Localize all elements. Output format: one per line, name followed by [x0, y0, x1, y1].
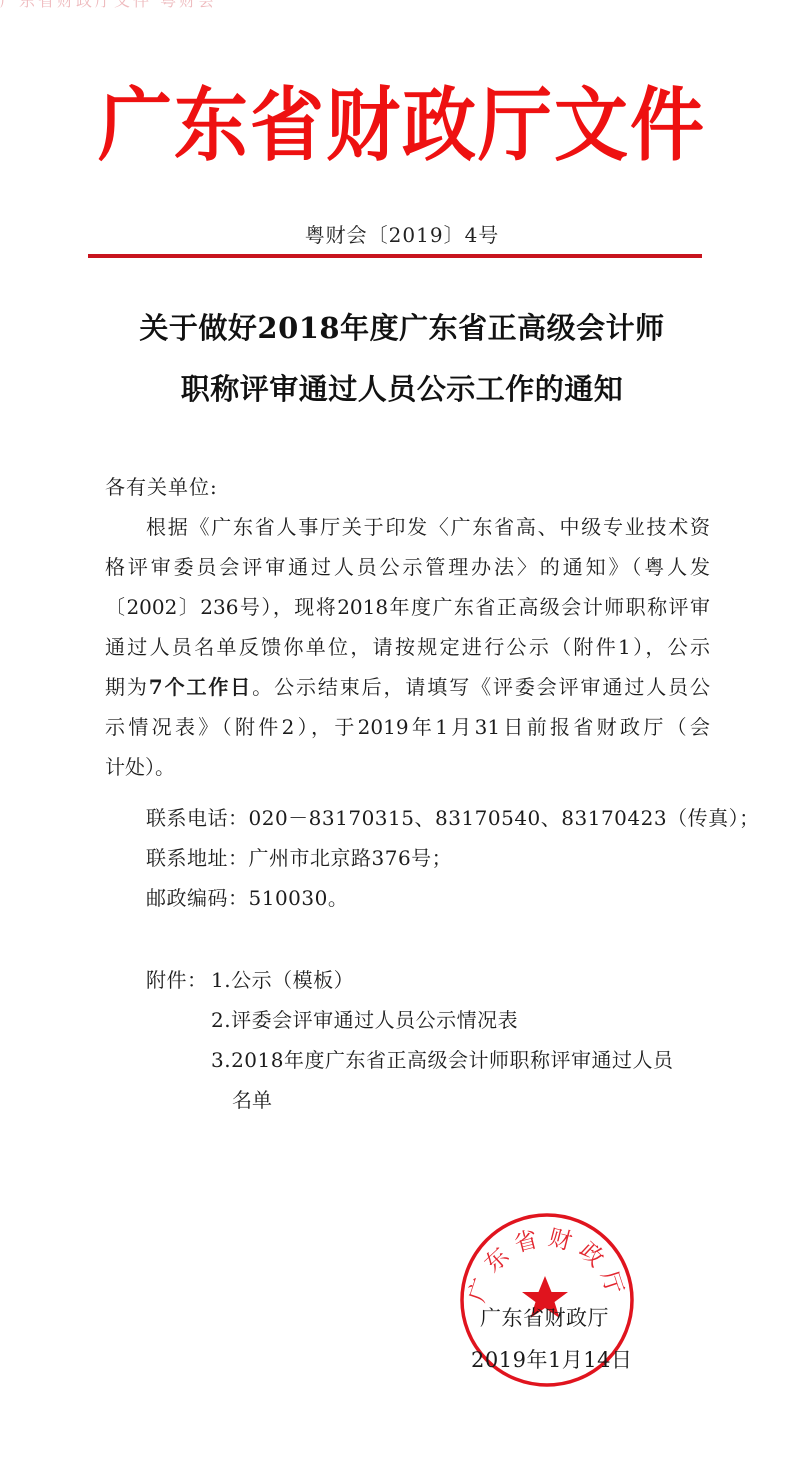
period-prefix: 期为: [105, 675, 149, 699]
salutation: 各有关单位:: [105, 467, 218, 507]
period-duration-bold: 7个工作日: [149, 675, 252, 699]
paragraph-line: 计处）。: [105, 747, 710, 787]
attachment-item-1: 1.公示（模板）: [211, 960, 354, 1000]
notice-title-line-2: 职称评审通过人员公示工作的通知: [0, 371, 804, 407]
contact-address: 联系地址：广州市北京路376号；: [146, 838, 452, 878]
signing-organization: 广东省财政厅: [480, 1302, 609, 1334]
paragraph-line: 示情况表》（附件2），于2019年1月31日前报省财政厅（会: [105, 707, 710, 747]
contact-postcode: 邮政编码：510030。: [146, 878, 348, 918]
paragraph-line: 〔2002〕236号），现将2018年度广东省正高级会计师职称评审: [105, 587, 710, 627]
document-number: 粤财会〔2019〕4号: [0, 222, 804, 248]
period-suffix: 。公示结束后，请填写《评委会评审通过人员公: [252, 675, 710, 699]
top-header-strip: 广东省财政厅文件 粤财会: [0, 0, 217, 11]
signing-date: 2019年1月14日: [471, 1344, 633, 1376]
main-paragraph: 根据《广东省人事厅关于印发〈广东省高、中级专业技术资 格评审委员会评审通过人员公…: [105, 507, 710, 787]
attachment-item-2: 2.评委会评审通过人员公示情况表: [211, 1000, 518, 1040]
contact-phone: 联系电话：020－83170315、83170540、83170423（传真）；: [146, 798, 760, 838]
paragraph-line: 通过人员名单反馈你单位，请按规定进行公示（附件1），公示: [105, 627, 710, 667]
paragraph-line: 格评审委员会评审通过人员公示管理办法〉的通知》（粤人发: [105, 547, 710, 587]
document-masthead: 广东省财政厅文件: [0, 74, 804, 178]
paragraph-line-period: 期为7个工作日。公示结束后，请填写《评委会评审通过人员公: [105, 667, 710, 707]
red-divider-rule: [88, 254, 702, 258]
paragraph-line: 根据《广东省人事厅关于印发〈广东省高、中级专业技术资: [105, 507, 710, 547]
notice-title-line-1: 关于做好2018年度广东省正高级会计师: [0, 310, 804, 346]
attachment-item-3: 3.2018年度广东省正高级会计师职称评审通过人员: [211, 1040, 673, 1080]
attachments-label: 附件：: [146, 960, 208, 1000]
attachment-item-3-continued: 名单: [232, 1080, 272, 1120]
